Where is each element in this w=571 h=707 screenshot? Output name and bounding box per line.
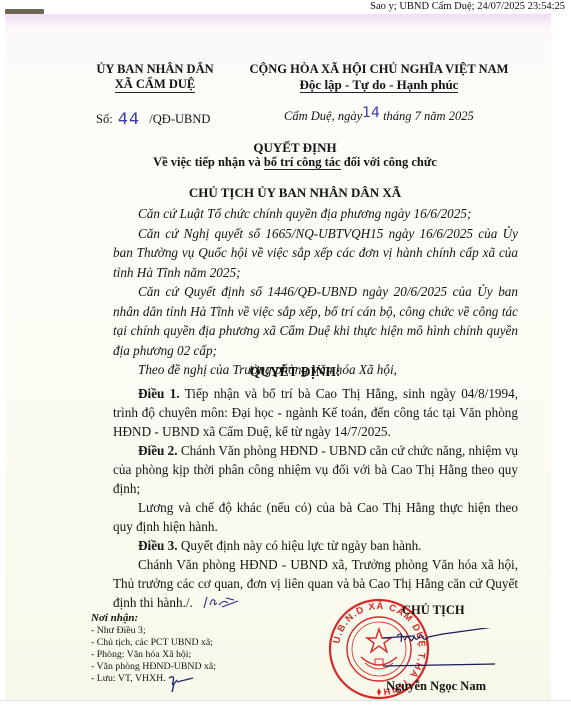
handwritten-number: 44: [118, 109, 140, 128]
handwritten-day: 14: [362, 105, 380, 121]
date-suffix: tháng 7 năm 2025: [383, 109, 474, 123]
article-3: Điều 3. Quyết định này có hiệu lực từ ng…: [113, 536, 518, 555]
document-number: Số: 44 /QĐ-UBND: [96, 108, 210, 127]
recipient-item: - Văn phòng HĐND-UBND xã;: [91, 661, 216, 673]
title-subject: Về việc tiếp nhận và bố trí công tác đối…: [82, 155, 508, 170]
article-2-para: Lương và chế độ khác (nếu có) của bà Cao…: [113, 498, 518, 536]
agency-line2: XÃ CẨM DUỆ: [115, 77, 196, 93]
title-line1: QUYẾT ĐỊNH: [82, 140, 508, 155]
preamble: Căn cứ Luật Tổ chức chính quyền địa phươ…: [113, 204, 518, 380]
article-2: Điều 2. Chánh Văn phòng HĐND - UBND căn …: [113, 441, 518, 498]
number-suffix: /QĐ-UBND: [149, 112, 210, 126]
national-header: CỘNG HÒA XÃ HỘI CHỦ NGHĨA VIỆT NAM Độc l…: [232, 62, 526, 93]
nation-name: CỘNG HÒA XÃ HỘI CHỦ NGHĨA VIỆT NAM: [232, 62, 526, 77]
preamble-item: Căn cứ Quyết định số 1446/QĐ-UBND ngày 2…: [113, 282, 518, 360]
national-motto: Độc lập - Tự do - Hạnh phúc: [300, 77, 459, 93]
initials-scribble-icon: [165, 672, 195, 694]
viewer-bottom-edge: [0, 700, 571, 701]
initials-scribble-icon: [202, 595, 242, 609]
preamble-item: Căn cứ Nghị quyết số 1665/NQ-UBTVQH15 ng…: [113, 224, 518, 283]
article-1: Điều 1. Tiếp nhận và bố trí bà Cao Thị H…: [113, 384, 518, 441]
recipient-item: - Lưu: VT, VHXH.: [91, 673, 216, 685]
scan-tint: [5, 14, 551, 28]
authority-heading: CHỦ TỊCH ỦY BAN NHÂN DÂN XÃ: [82, 185, 508, 201]
recipients-list: Nơi nhận: - Như Điều 3; - Chủ tịch, các …: [91, 612, 216, 685]
articles: Điều 1. Tiếp nhận và bố trí bà Cao Thị H…: [113, 384, 518, 612]
copy-watermark: Sao y; UBND Cẩm Duệ; 24/07/2025 23:54:25: [370, 1, 565, 12]
agency-line1: ỦY BAN NHÂN DÂN: [88, 62, 222, 77]
issue-date: Cẩm Duệ, ngày14 tháng 7 năm 2025: [284, 108, 474, 124]
document-title: QUYẾT ĐỊNH Về việc tiếp nhận và bố trí c…: [82, 140, 508, 170]
handwritten-signature-icon: [383, 628, 508, 672]
recipient-item: - Phòng: Văn hóa Xã hội;: [91, 649, 216, 661]
recipient-item: - Chủ tịch, các PCT UBND xã;: [91, 637, 216, 649]
recipients-heading: Nơi nhận:: [91, 612, 216, 624]
recipient-item: - Như Điều 3;: [91, 625, 216, 637]
signer-name: Nguyễn Ngọc Nam: [386, 679, 486, 694]
issuing-agency: ỦY BAN NHÂN DÂN XÃ CẨM DUỆ: [88, 62, 222, 93]
preamble-item: Căn cứ Luật Tổ chức chính quyền địa phươ…: [113, 204, 518, 224]
date-prefix: Cẩm Duệ, ngày: [284, 109, 362, 123]
number-prefix: Số:: [96, 112, 113, 126]
signer-title: CHỦ TỊCH: [402, 603, 465, 618]
decision-heading: QUYẾT ĐỊNH:: [82, 364, 508, 380]
